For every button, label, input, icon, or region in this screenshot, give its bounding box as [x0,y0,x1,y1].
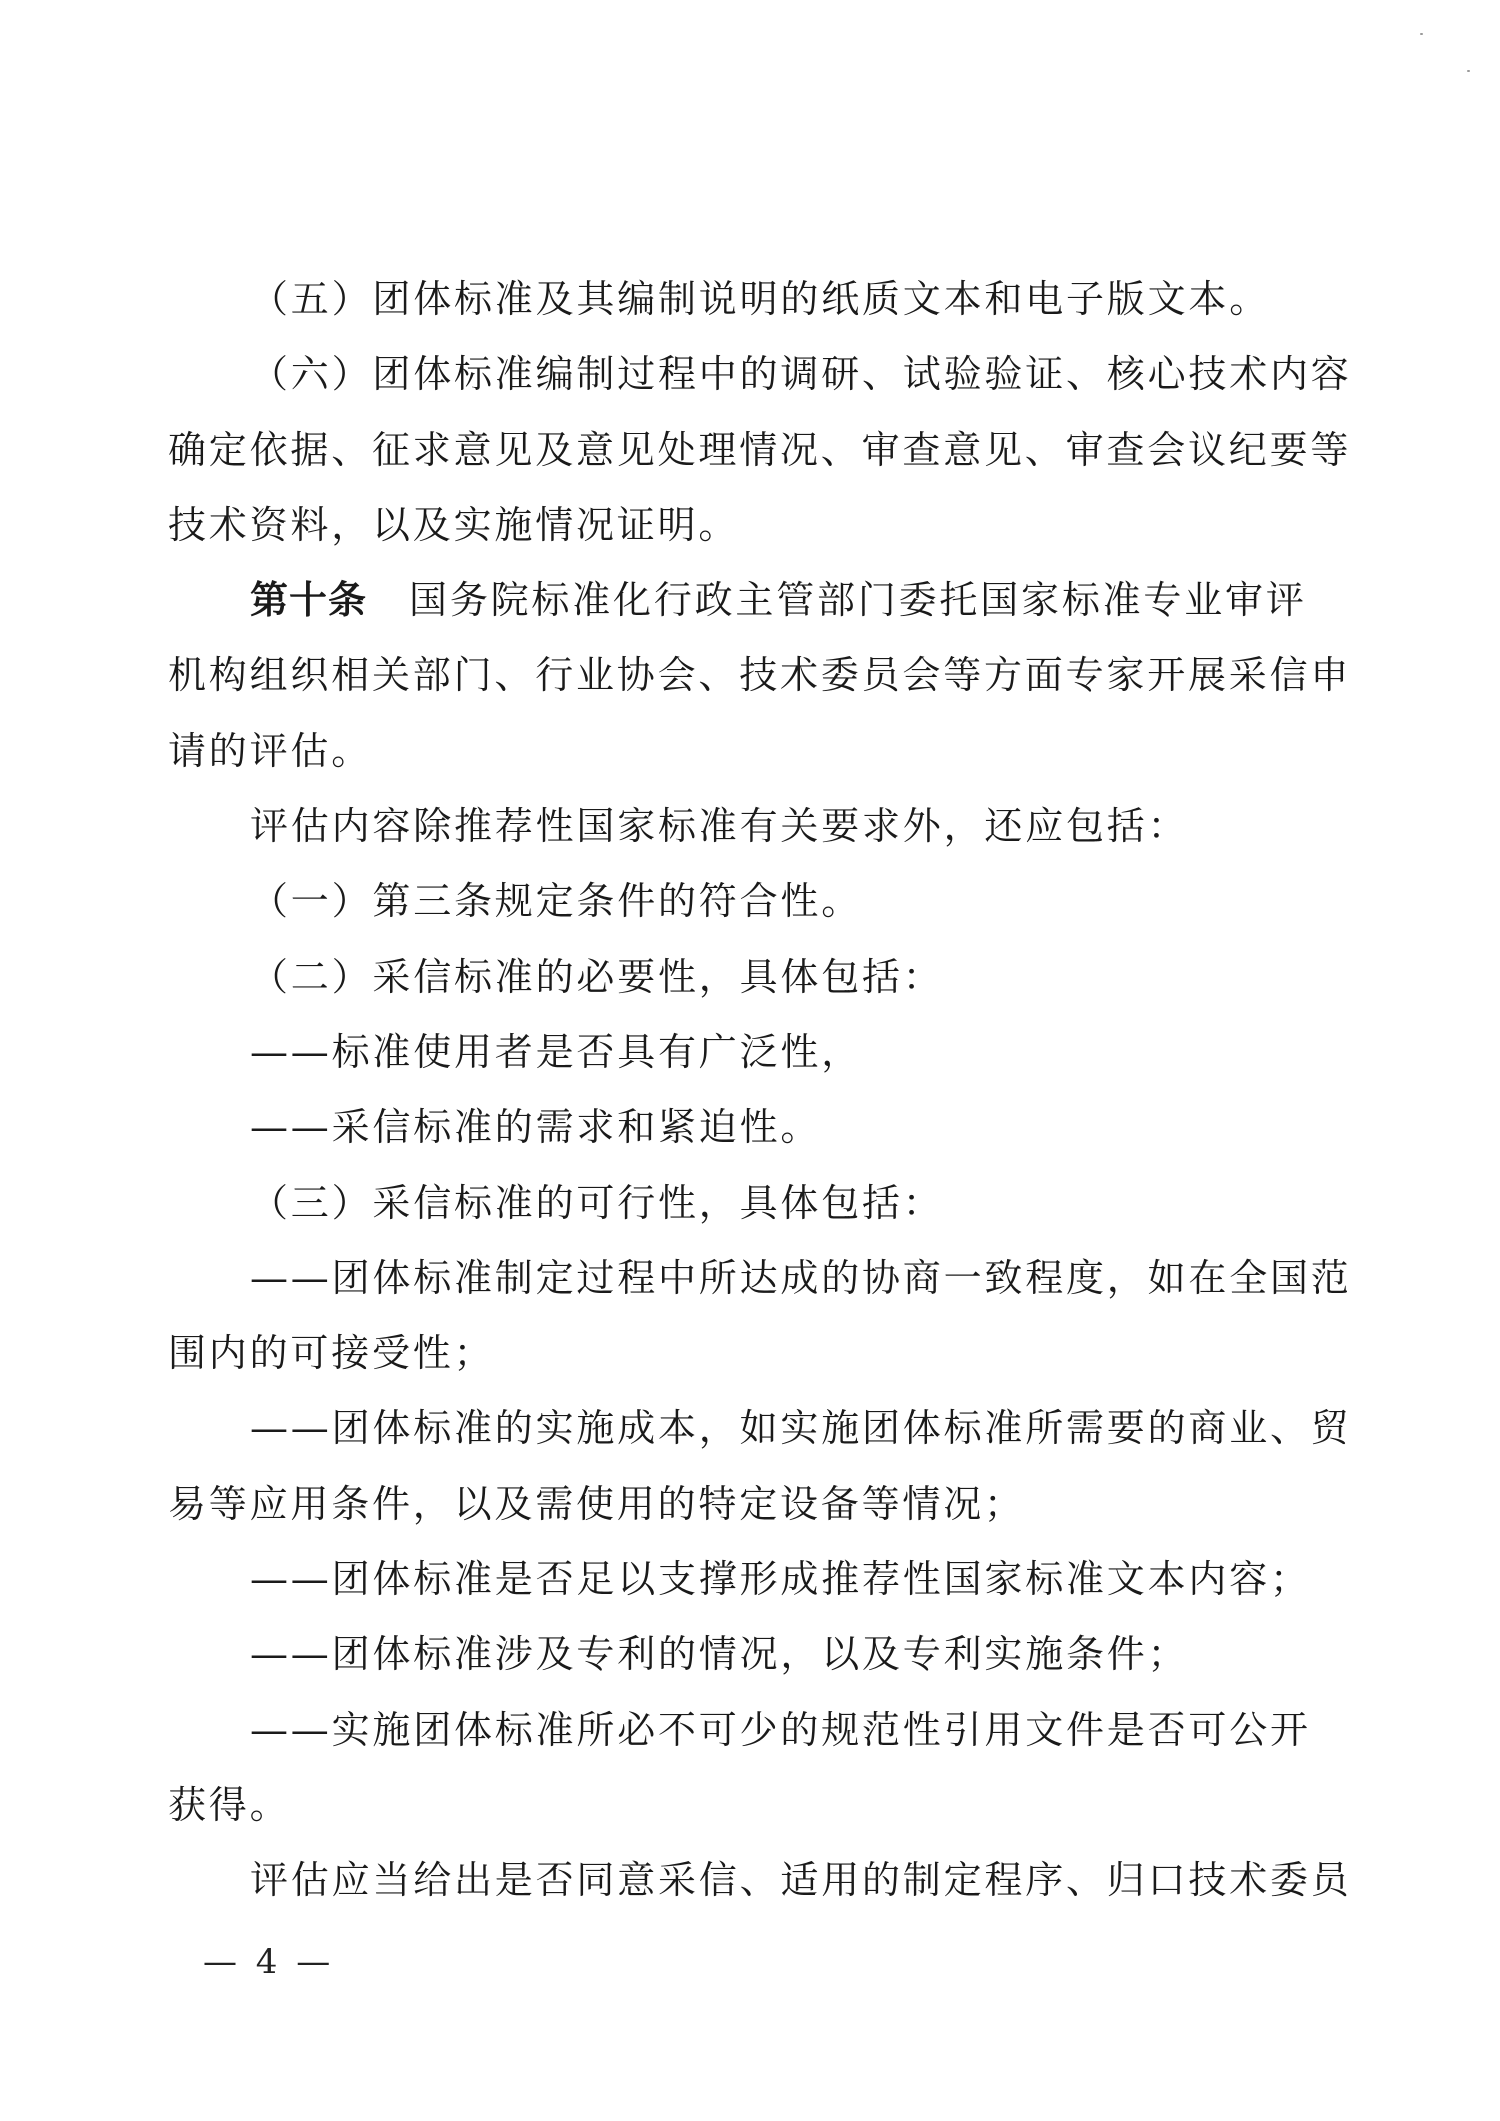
scan-speck [1420,33,1423,35]
article-10-text: 国务院标准化行政主管部门委托国家标准专业审评 [409,578,1307,622]
article-label: 第十条 [250,578,367,622]
feasibility-bullet-5-line-1: ——实施团体标准所必不可少的规范性引用文件是否可公开 [168,1693,1314,1768]
feasibility-bullet-4: ——团体标准涉及专利的情况，以及专利实施条件； [168,1617,1314,1692]
paragraph-item-6-line-2: 确定依据、征求意见及意见处理情况、审查意见、审查会议纪要等 [168,413,1314,488]
necessity-bullet-2: ——采信标准的需求和紧迫性。 [168,1090,1314,1165]
paragraph-item-5: （五）团体标准及其编制说明的纸质文本和电子版文本。 [168,262,1314,337]
document-page: （五）团体标准及其编制说明的纸质文本和电子版文本。 （六）团体标准编制过程中的调… [0,0,1500,2121]
paragraph-item-6-line-3: 技术资料，以及实施情况证明。 [168,488,1314,563]
paragraph-item-6-line-1: （六）团体标准编制过程中的调研、试验验证、核心技术内容 [168,337,1314,412]
feasibility-bullet-2-line-1: ——团体标准的实施成本，如实施团体标准所需要的商业、贸 [168,1391,1314,1466]
evaluation-item-3: （三）采信标准的可行性，具体包括： [168,1166,1314,1241]
article-10-line-1: 第十条国务院标准化行政主管部门委托国家标准专业审评 [168,563,1314,638]
scan-speck [1467,70,1470,72]
feasibility-bullet-5-line-2: 获得。 [168,1768,1314,1843]
evaluation-conclusion: 评估应当给出是否同意采信、适用的制定程序、归口技术委员 [168,1843,1314,1918]
feasibility-bullet-2-line-2: 易等应用条件，以及需使用的特定设备等情况； [168,1467,1314,1542]
feasibility-bullet-3: ——团体标准是否足以支撑形成推荐性国家标准文本内容； [168,1542,1314,1617]
necessity-bullet-1: ——标准使用者是否具有广泛性， [168,1015,1314,1090]
article-10-line-3: 请的评估。 [168,714,1314,789]
feasibility-bullet-1-line-1: ——团体标准制定过程中所达成的协商一致程度，如在全国范 [168,1241,1314,1316]
evaluation-item-1: （一）第三条规定条件的符合性。 [168,864,1314,939]
page-number: — 4 — [203,1942,334,1982]
article-10-line-2: 机构组织相关部门、行业协会、技术委员会等方面专家开展采信申 [168,638,1314,713]
evaluation-item-2: （二）采信标准的必要性，具体包括： [168,940,1314,1015]
document-body: （五）团体标准及其编制说明的纸质文本和电子版文本。 （六）团体标准编制过程中的调… [168,262,1314,1919]
feasibility-bullet-1-line-2: 围内的可接受性； [168,1316,1314,1391]
evaluation-intro: 评估内容除推荐性国家标准有关要求外，还应包括： [168,789,1314,864]
